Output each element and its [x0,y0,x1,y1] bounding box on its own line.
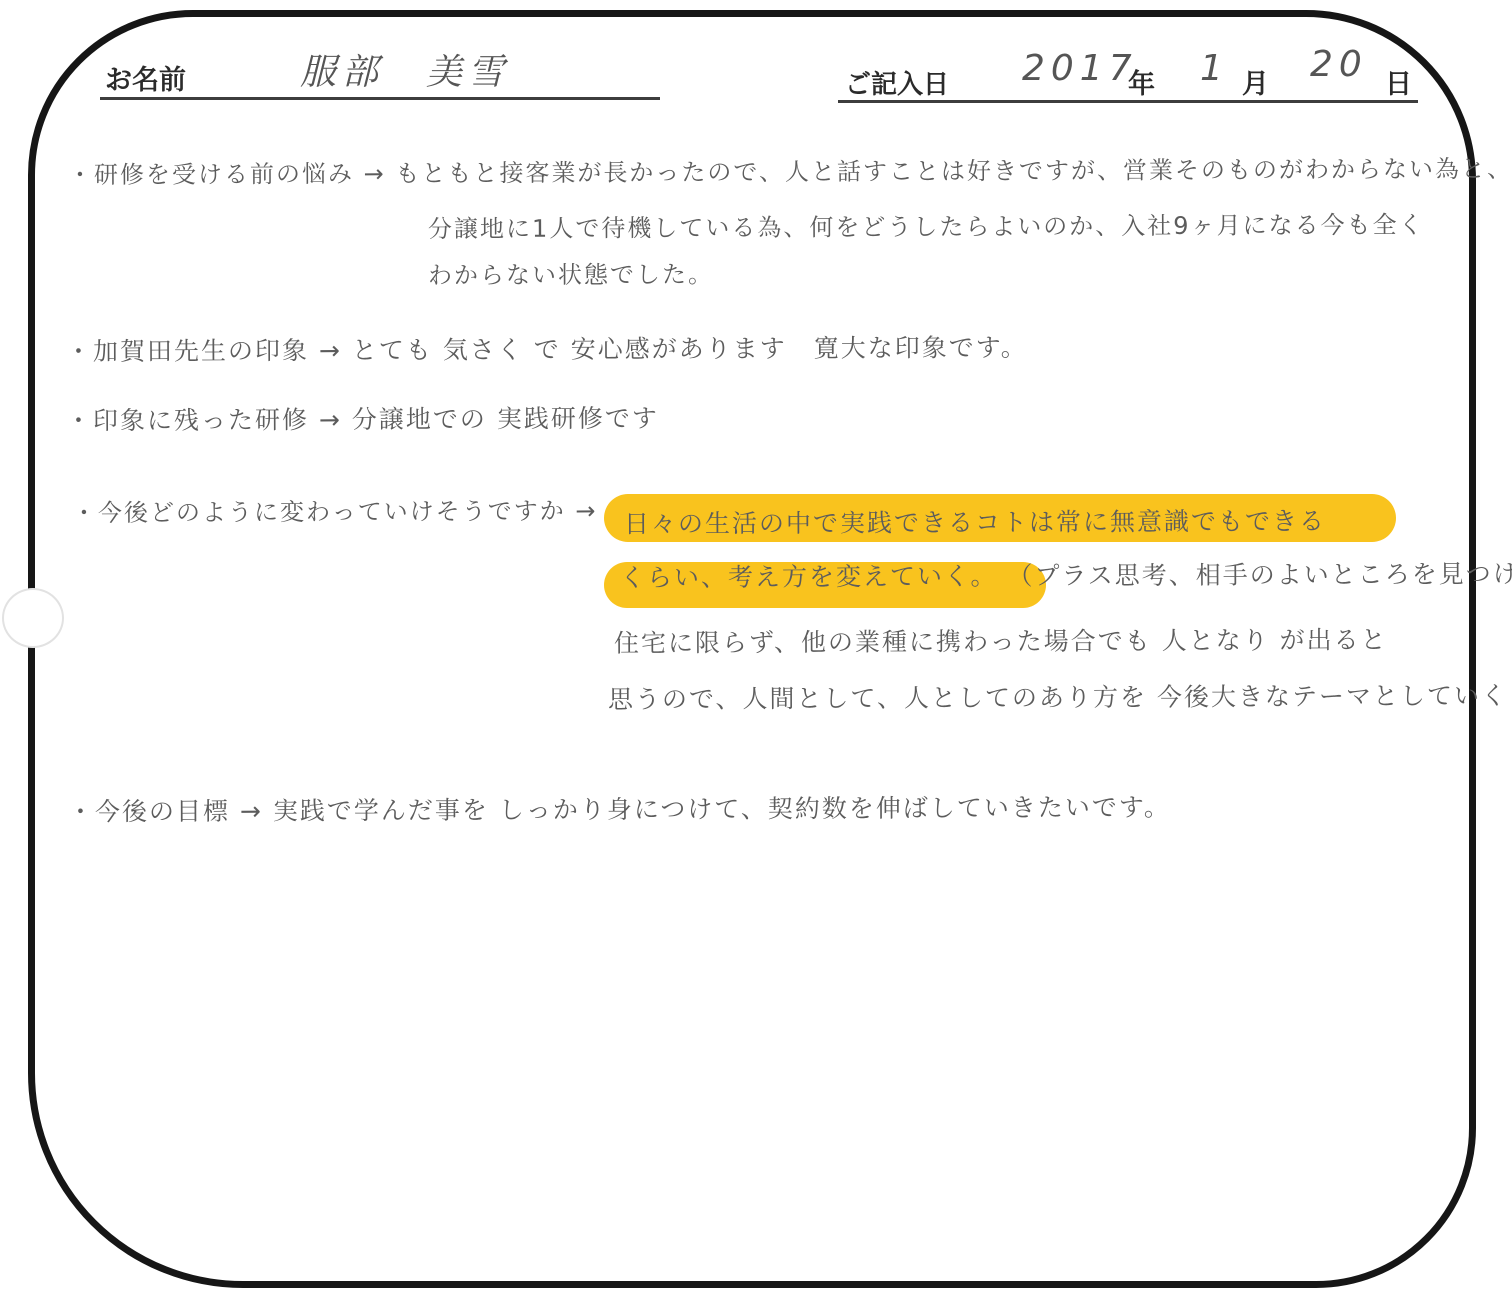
entry-impression-teacher: ・加賀田先生の印象 → とても 気さく で 安心感があります 寛大な印象です。 [66,328,1028,368]
punch-hole [2,588,64,648]
entry-memorable-training-question: ・印象に残った研修 → [66,405,342,435]
name-field-underline [100,97,660,100]
name-field-label: お名前 [105,58,186,97]
date-field-label: ご記入日 [845,64,949,101]
entry-impression-teacher-question: ・加賀田先生の印象 → [66,336,342,366]
entry-memorable-training: ・印象に残った研修 → 分譲地での 実践研修です [66,399,659,438]
date-field-underline [838,100,1418,103]
date-month-unit: 月 [1242,62,1269,101]
entry-change-answer-line1: 日々の生活の中で実践できるコトは常に無意識でもできる [624,501,1326,540]
entry-worries-line3: わからない状態でした。 [428,254,714,290]
entry-memorable-training-answer: 分譲地での 実践研修です [352,404,659,434]
entry-future-goal-answer: 実践で学んだ事を しっかり身につけて、契約数を伸ばしていきたいです。 [273,793,1171,826]
date-month-value: 1 [1200,48,1229,89]
date-year-unit: 年 [1128,62,1155,101]
entry-change-answer-line3: 住宅に限らず、他の業種に携わった場合でも 人となり が出ると [614,620,1388,659]
date-day-value: 20 [1310,44,1368,85]
entry-worries-answer-seg1: もともと接客業が長かったので、人と話すことは好きですが、営業そのものがわからない… [395,155,1512,188]
entry-change-answer-line2-rest: （プラス思考、相手のよいところを見つける など） [1007,559,1512,591]
entry-future-goal-question: ・今後の目標 → [68,797,263,827]
entry-future-goal: ・今後の目標 → 実践で学んだ事を しっかり身につけて、契約数を伸ばしていきたい… [68,788,1171,829]
date-year-value: 2017 [1022,48,1138,89]
date-day-unit: 日 [1385,62,1412,101]
entry-change-answer-line2-highlighted: くらい、考え方を変えていく。 [620,562,998,593]
entry-change-answer-line2: くらい、考え方を変えていく。 （プラス思考、相手のよいところを見つける など） [620,554,1512,594]
entry-worries-line2: 分譲地に1人で待機している為、何をどうしたらよいのか、入社9ヶ月になる今も全く [428,205,1425,244]
name-field-value: 服部 美雪 [300,44,510,95]
entry-impression-teacher-answer: とても 気さく で 安心感があります 寛大な印象です。 [352,333,1028,365]
entry-worries-question: ・研修を受ける前の悩み → [68,160,386,189]
entry-worries-line1: ・研修を受ける前の悩み → もともと接客業が長かったので、人と話すことは好きです… [68,149,1512,190]
entry-change-answer-line4: 思うので、人間として、人としてのあり方を 今後大きなテーマとしていく [608,676,1508,716]
entry-change-question: ・今後どのように変わっていけそうですか → [72,491,598,528]
scanned-feedback-form: お名前 服部 美雪 ご記入日 2017 年 1 月 20 日 ・研修を受ける前の… [0,0,1512,1305]
